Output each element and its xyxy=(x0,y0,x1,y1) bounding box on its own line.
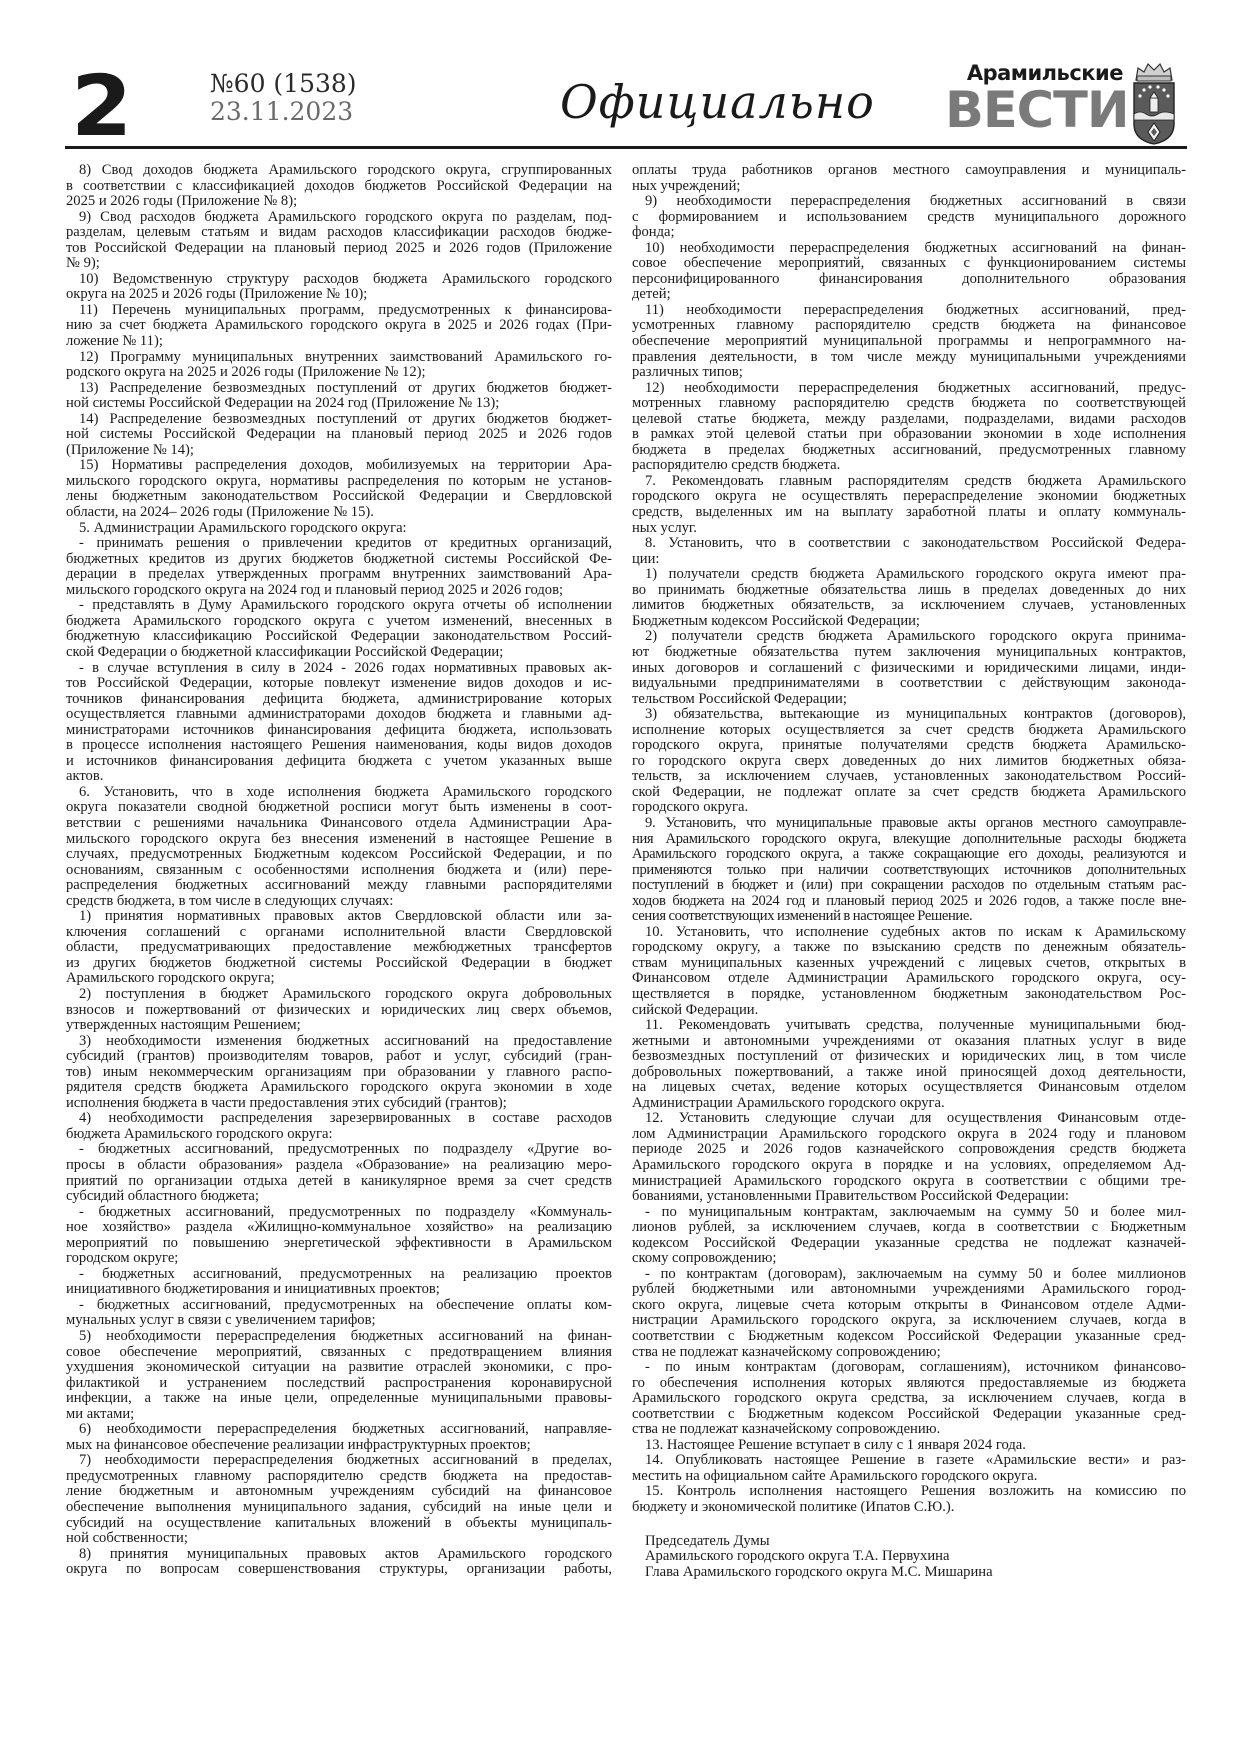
text-line: тов) иным некоммерческим организациям пр… xyxy=(66,1065,612,1081)
text-line: с формированием и использованием средств… xyxy=(632,210,1186,226)
text-line: актов. xyxy=(66,769,612,785)
text-line: министрацией Арамильского городского окр… xyxy=(632,1174,1186,1190)
text-line: нию за счет бюджета Арамильского городск… xyxy=(66,318,612,334)
paragraph: 8. Установить, что в соответствии с зако… xyxy=(632,536,1186,567)
paragraph: 8) принятия муниципальных правовых актов… xyxy=(66,1547,612,1578)
text-line: сийской Федерации. xyxy=(632,1003,1186,1019)
paragraph: 6) необходимости перераспределения бюдже… xyxy=(66,1422,612,1453)
text-line: 1) принятия нормативных правовых актов С… xyxy=(66,909,612,925)
text-line: городского округа, принятые получателями… xyxy=(632,738,1186,754)
paragraph: 9. Установить, что муниципальные правовы… xyxy=(632,816,1186,925)
text-line: различных типов; xyxy=(632,365,1186,381)
text-line: ции: xyxy=(632,552,1186,568)
text-line: ществляется в порядке, установленном бюд… xyxy=(632,987,1186,1003)
text-line: средств бюджета, в том числе в следующих… xyxy=(66,894,612,910)
text-line: 13) Распределение безвозмездных поступле… xyxy=(66,381,612,397)
text-line: совое обеспечение мероприятий, связанных… xyxy=(66,1345,612,1361)
text-line: предусмотренных главному распорядителю с… xyxy=(66,1469,612,1485)
text-line: мунальных услуг в связи с увеличением та… xyxy=(66,1313,612,1329)
text-line: нистрации Арамильского городского округа… xyxy=(632,1313,1186,1329)
text-line: 3) обязательства, вытекающие из муниципа… xyxy=(632,707,1186,723)
text-line: Бюджетным кодексом Российской Федерации; xyxy=(632,614,1186,630)
text-line: - бюджетных ассигнований, предусмотренны… xyxy=(66,1267,612,1283)
text-line: 8. Установить, что в соответствии с зако… xyxy=(632,536,1186,552)
text-line: 7) необходимости перераспределения бюдже… xyxy=(66,1453,612,1469)
text-line: в соответствии с классификацией доходов … xyxy=(66,179,612,195)
text-line: сения соответствующих изменений в настоя… xyxy=(632,909,1186,925)
text-line: мероприятий по повышению энергетической … xyxy=(66,1236,612,1252)
text-line: 14) Распределение безвозмездных поступле… xyxy=(66,412,612,428)
text-line: ской Федерации, не подлежат оплате за сч… xyxy=(632,785,1186,801)
text-line: рядителя средств бюджета Арамильского го… xyxy=(66,1080,612,1096)
paragraph: - бюджетных ассигнований, предусмотренны… xyxy=(66,1142,612,1204)
text-line: иных договоров и соглашений с физическим… xyxy=(632,661,1186,677)
text-line: 9) Свод расходов бюджета Арамильского го… xyxy=(66,210,612,226)
paragraph: - по муниципальным контрактам, заключаем… xyxy=(632,1205,1186,1267)
text-line: на лицевых счетах, ведение которых осуще… xyxy=(632,1080,1186,1096)
text-line: № 9); xyxy=(66,256,612,272)
text-line: го городского округа сверх доведенных до… xyxy=(632,754,1186,770)
paragraph: 9) Свод расходов бюджета Арамильского го… xyxy=(66,210,612,272)
text-line: 8) принятия муниципальных правовых актов… xyxy=(66,1547,612,1563)
text-line: 12. Установить следующие случаи для осущ… xyxy=(632,1111,1186,1127)
article-column-right: оплаты труда работников органов местного… xyxy=(632,163,1186,1580)
text-line: - представлять в Думу Арамильского город… xyxy=(66,598,612,614)
text-line: в процессе исполнения настоящего Решения… xyxy=(66,738,612,754)
text-line: - в случае вступления в силу в 2024 - 20… xyxy=(66,661,612,677)
text-line: распорядителю средств бюджета. xyxy=(632,458,1186,474)
issue-number: №60 (1538) xyxy=(210,70,357,98)
text-line: ния Арамильского городского округа, влек… xyxy=(632,832,1186,848)
text-line: мотренных главному распорядителю средств… xyxy=(632,396,1186,412)
text-line: исполнения бюджета в части предоставлени… xyxy=(66,1096,612,1112)
text-line: тельств, за исключением случаев, установ… xyxy=(632,769,1186,785)
text-line: ют бюджетные обязательства путем заключе… xyxy=(632,645,1186,661)
text-line: добровольных пожертвований, а также иной… xyxy=(632,1065,1186,1081)
text-line: средств, выделенных им на выплату зарабо… xyxy=(632,505,1186,521)
paragraph: 11) необходимости перераспределения бюдж… xyxy=(632,303,1186,381)
text-line: городскому округу, а также по взысканию … xyxy=(632,940,1186,956)
text-line: округа на 2025 и 2026 годы (Приложение №… xyxy=(66,287,612,303)
paragraph: 6. Установить, что в ходе исполнения бюд… xyxy=(66,785,612,909)
text-line: Финансовом отделе Администрации Арамильс… xyxy=(632,971,1186,987)
text-line: - принимать решения о привлечении кредит… xyxy=(66,536,612,552)
text-line: из других бюджетов бюджетной системы Рос… xyxy=(66,956,612,972)
text-line: жетными и автономными учреждениями от ок… xyxy=(632,1034,1186,1050)
text-line: видуальными предпринимателями в соответс… xyxy=(632,676,1186,692)
text-line: местить на официальном сайте Арамильског… xyxy=(632,1469,1186,1485)
text-line: субсидий на осуществление капитальных вл… xyxy=(66,1516,612,1532)
text-line: 13. Настоящее Решение вступает в силу с … xyxy=(632,1438,1186,1454)
masthead: 2 №60 (1538) 23.11.2023 Официально Арами… xyxy=(65,60,1187,148)
paragraph: - в случае вступления в силу в 2024 - 20… xyxy=(66,661,612,785)
paragraph: 3) обязательства, вытекающие из муниципа… xyxy=(632,707,1186,816)
text-line: усмотренных главному распорядителю средс… xyxy=(632,318,1186,334)
text-line: - по контрактам (договорам), заключаемым… xyxy=(632,1267,1186,1283)
paragraph: 10) Ведомственную структуру расходов бюд… xyxy=(66,272,612,303)
text-line: персонифицированного финансирования допо… xyxy=(632,272,1186,288)
text-line: применяются только при наличии соответст… xyxy=(632,863,1186,879)
text-line: 10) Ведомственную структуру расходов бюд… xyxy=(66,272,612,288)
text-line: тельством Российской Федерации; xyxy=(632,692,1186,708)
text-line: лимитов бюджетных обязательств, за исклю… xyxy=(632,598,1186,614)
text-line: 2) поступления в бюджет Арамильского гор… xyxy=(66,987,612,1003)
article-column-left: 8) Свод доходов бюджета Арамильского гор… xyxy=(66,163,612,1578)
text-line: дерации в пределах утвержденных программ… xyxy=(66,567,612,583)
text-line: 8) Свод доходов бюджета Арамильского гор… xyxy=(66,163,612,179)
paragraph: 11. Рекомендовать учитывать средства, по… xyxy=(632,1018,1186,1111)
text-line: ключения соглашений с органами исполните… xyxy=(66,925,612,941)
issue-info: №60 (1538) 23.11.2023 xyxy=(210,70,357,126)
text-line: городского округа не осуществлять перера… xyxy=(632,489,1186,505)
text-line: рублей бюджетными или автономными учрежд… xyxy=(632,1282,1186,1298)
paragraph: 4) необходимости распределения зарезерви… xyxy=(66,1111,612,1142)
text-line: совое обеспечение мероприятий, связанных… xyxy=(632,256,1186,272)
text-line: лом Администрации Арамильского городског… xyxy=(632,1127,1186,1143)
text-line: 12) необходимости перераспределения бюдж… xyxy=(632,381,1186,397)
text-line: оплаты труда работников органов местного… xyxy=(632,163,1186,179)
paragraph: 12) Программу муниципальных внутренних з… xyxy=(66,350,612,381)
text-line: ствам муниципальных казенных учреждений … xyxy=(632,956,1186,972)
text-line: 5. Администрации Арамильского городского… xyxy=(66,521,612,537)
text-line: приятий по организации отдыха детей в ка… xyxy=(66,1174,612,1190)
text-line: мильского городского округа на 2024 год … xyxy=(66,583,612,599)
paragraph: 10. Установить, что исполнение судебных … xyxy=(632,925,1186,1018)
text-line: ухудшения экономической ситуации на разв… xyxy=(66,1360,612,1376)
paragraph: 12. Установить следующие случаи для осущ… xyxy=(632,1111,1186,1204)
paragraph: - принимать решения о привлечении кредит… xyxy=(66,536,612,598)
newspaper-logo: Арамильские ВЕСТИ xyxy=(945,62,1125,136)
text-line: детей; xyxy=(632,287,1186,303)
paragraph: 8) Свод доходов бюджета Арамильского гор… xyxy=(66,163,612,210)
text-line: 14. Опубликовать настоящее Решение в газ… xyxy=(632,1453,1186,1469)
text-line: 5) необходимости перераспределения бюдже… xyxy=(66,1329,612,1345)
text-line: поступлений в бюджет и (или) при сокраще… xyxy=(632,878,1186,894)
text-line: просы в области образования» раздела «Об… xyxy=(66,1158,612,1174)
paragraph: 7. Рекомендовать главным распорядителям … xyxy=(632,474,1186,536)
coat-of-arms-icon xyxy=(1130,62,1178,146)
text-line: бюджетную классификацию Российской Федер… xyxy=(66,629,612,645)
text-line: - бюджетных ассигнований, предусмотренны… xyxy=(66,1142,612,1158)
paragraph: 2) поступления в бюджет Арамильского гор… xyxy=(66,987,612,1034)
text-line: округа по вопросам совершенствования стр… xyxy=(66,1562,612,1578)
text-line: мильского городского округа, нормативы р… xyxy=(66,474,612,490)
text-line: 10) необходимости перераспределения бюдж… xyxy=(632,241,1186,257)
signature-line: Глава Арамильского городского округа М.С… xyxy=(645,1565,1186,1581)
text-line: взносов и пожертвований от физических и … xyxy=(66,1003,612,1019)
text-line: - по иным контрактам (договорам, соглаше… xyxy=(632,1360,1186,1376)
text-line: обеспечение мероприятий муниципальной пр… xyxy=(632,334,1186,350)
text-line: (Приложение № 14); xyxy=(66,443,612,459)
text-line: кодексом Российской Федерации указанные … xyxy=(632,1236,1186,1252)
text-line: округа показатели сводной бюджетной росп… xyxy=(66,800,612,816)
paragraph: 3) необходимости изменения бюджетных асс… xyxy=(66,1034,612,1112)
paragraph: 9) необходимости перераспределения бюдже… xyxy=(632,194,1186,241)
text-line: 11. Рекомендовать учитывать средства, по… xyxy=(632,1018,1186,1034)
text-line: 11) необходимости перераспределения бюдж… xyxy=(632,303,1186,319)
paragraph: оплаты труда работников органов местного… xyxy=(632,163,1186,194)
text-line: бюджетных кредитов из других бюджетов бю… xyxy=(66,552,612,568)
text-line: 15) Нормативы распределения доходов, моб… xyxy=(66,458,612,474)
text-line: утвержденных настоящим Решением; xyxy=(66,1018,612,1034)
paragraph: - по контрактам (договорам), заключаемым… xyxy=(632,1267,1186,1360)
paragraph: - бюджетных ассигнований, предусмотренны… xyxy=(66,1298,612,1329)
text-line: ных учреждений; xyxy=(632,179,1186,195)
text-line: ление бюджетным и автономным учреждениям… xyxy=(66,1484,612,1500)
text-line: фонда; xyxy=(632,225,1186,241)
text-line: 9. Установить, что муниципальные правовы… xyxy=(632,816,1186,832)
paragraph: 14) Распределение безвозмездных поступле… xyxy=(66,412,612,459)
text-line: основаниям, связанным с особенностями ис… xyxy=(66,863,612,879)
text-line: обеспечение выполнения муниципального за… xyxy=(66,1500,612,1516)
text-line: ных услуг. xyxy=(632,521,1186,537)
text-line: 4) необходимости распределения зарезерви… xyxy=(66,1111,612,1127)
text-line: в рамках этой целевой статьи при образов… xyxy=(632,427,1186,443)
text-line: городского округа. xyxy=(632,800,1186,816)
text-line: - бюджетных ассигнований, предусмотренны… xyxy=(66,1205,612,1221)
text-line: бюджета в пределах бюджетных ассигновани… xyxy=(632,443,1186,459)
text-line: филактикой и устранением последствий рас… xyxy=(66,1376,612,1392)
text-line: лионов рублей, за исключением случаев, к… xyxy=(632,1220,1186,1236)
text-line: 6) необходимости перераспределения бюдже… xyxy=(66,1422,612,1438)
paragraph: - бюджетных ассигнований, предусмотренны… xyxy=(66,1205,612,1267)
paragraph: 15) Нормативы распределения доходов, моб… xyxy=(66,458,612,520)
issue-date: 23.11.2023 xyxy=(210,98,357,126)
text-line: 3) необходимости изменения бюджетных асс… xyxy=(66,1034,612,1050)
text-line: тов Российской Федерации на плановый пер… xyxy=(66,241,612,257)
header-rule xyxy=(65,146,1187,149)
text-line: во принимать бюджетные обязательства лиш… xyxy=(632,583,1186,599)
text-line: ского округа, лицевые счета которым откр… xyxy=(632,1298,1186,1314)
paragraph: 1) принятия нормативных правовых актов С… xyxy=(66,909,612,987)
text-line: инициативного бюджетирования и инициатив… xyxy=(66,1282,612,1298)
paragraph: 11) Перечень муниципальных программ, пре… xyxy=(66,303,612,350)
text-line: Администрации Арамильского городского ок… xyxy=(632,1096,1186,1112)
text-line: ства не подлежат казначейскому сопровожд… xyxy=(632,1345,1186,1361)
text-line: ное хозяйство» раздела «Жилищно-коммунал… xyxy=(66,1220,612,1236)
text-line: безвозмездных поступлений от физических … xyxy=(632,1049,1186,1065)
paragraph: - бюджетных ассигнований, предусмотренны… xyxy=(66,1267,612,1298)
text-line: 2025 и 2026 годы (Приложение № 8); xyxy=(66,194,612,210)
paragraph: 7) необходимости перераспределения бюдже… xyxy=(66,1453,612,1546)
text-line: области, предусматривающих предоставлени… xyxy=(66,940,612,956)
text-line: и источников финансирования дефицита бюд… xyxy=(66,754,612,770)
text-line: 9) необходимости перераспределения бюдже… xyxy=(632,194,1186,210)
text-line: 6. Установить, что в ходе исполнения бюд… xyxy=(66,785,612,801)
paragraph: 13. Настоящее Решение вступает в силу с … xyxy=(632,1438,1186,1454)
paragraph: 13) Распределение безвозмездных поступле… xyxy=(66,381,612,412)
paragraph: 5. Администрации Арамильского городского… xyxy=(66,521,612,537)
text-line: 11) Перечень муниципальных программ, пре… xyxy=(66,303,612,319)
text-line: ной собственности; xyxy=(66,1531,612,1547)
text-line: городском округе; xyxy=(66,1251,612,1267)
paragraph: - по иным контрактам (договорам, соглаше… xyxy=(632,1360,1186,1438)
text-line: соответствии с Бюджетным кодексом Россий… xyxy=(632,1329,1186,1345)
text-line: области, на 2024– 2026 годы (Приложение … xyxy=(66,505,612,521)
text-line: случаях, предусмотренных Бюджетным кодек… xyxy=(66,847,612,863)
text-line: точников финансирования дефицита бюджета… xyxy=(66,692,612,708)
text-line: инфекции, а также на иные цели, определе… xyxy=(66,1391,612,1407)
text-line: Арамильского городского округа, а также … xyxy=(632,847,1186,863)
text-line: целевой статье бюджета, между разделами,… xyxy=(632,412,1186,428)
paragraph: 1) получатели средств бюджета Арамильско… xyxy=(632,567,1186,629)
text-line: мильского городского округа без внесения… xyxy=(66,832,612,848)
paragraph: 2) получатели средств бюджета Арамильско… xyxy=(632,629,1186,707)
text-line: Арамильского городского округа; xyxy=(66,971,612,987)
text-line: 10. Установить, что исполнение судебных … xyxy=(632,925,1186,941)
section-title: Официально xyxy=(560,74,875,130)
text-line: ложение № 11); xyxy=(66,334,612,350)
text-line: ской Федерации о бюджетной классификации… xyxy=(66,645,612,661)
text-line: 7. Рекомендовать главным распорядителям … xyxy=(632,474,1186,490)
paragraph: 14. Опубликовать настоящее Решение в газ… xyxy=(632,1453,1186,1484)
text-line: ной системы Российской Федерации на план… xyxy=(66,427,612,443)
text-line: субсидий областного бюджета; xyxy=(66,1189,612,1205)
text-line: 15. Контроль исполнения настоящего Решен… xyxy=(632,1484,1186,1500)
text-line: 1) получатели средств бюджета Арамильско… xyxy=(632,567,1186,583)
text-line: - по муниципальным контрактам, заключаем… xyxy=(632,1205,1186,1221)
signature-block: Председатель ДумыАрамильского городского… xyxy=(632,1534,1186,1581)
text-line: родского округа на 2025 и 2026 годы (При… xyxy=(66,365,612,381)
text-line: периоде 2025 и 2026 годов казначейского … xyxy=(632,1142,1186,1158)
paragraph: 15. Контроль исполнения настоящего Решен… xyxy=(632,1484,1186,1515)
text-line: лены бюджетным законодательством Российс… xyxy=(66,489,612,505)
paragraph: - представлять в Думу Арамильского город… xyxy=(66,598,612,660)
text-line: правления деятельности, в том числе межд… xyxy=(632,350,1186,366)
text-line: Арамильского городского округа в порядке… xyxy=(632,1158,1186,1174)
text-line: - бюджетных ассигнований, предусмотренны… xyxy=(66,1298,612,1314)
text-line: скому сопровождению; xyxy=(632,1251,1186,1267)
paragraph: 12) необходимости перераспределения бюдж… xyxy=(632,381,1186,474)
text-line: ветствии с решениями начальника Финансов… xyxy=(66,816,612,832)
text-line: Арамильского городского округа средства,… xyxy=(632,1391,1186,1407)
text-line: ходов бюджета на 2024 год и плановый пер… xyxy=(632,894,1186,910)
newspaper-logo-main: ВЕСТИ xyxy=(945,84,1129,136)
text-line: субсидий (грантов) производителям товаро… xyxy=(66,1049,612,1065)
text-line: мых на финансовое обеспечение реализации… xyxy=(66,1438,612,1454)
signature-line: Арамильского городского округа Т.А. Перв… xyxy=(645,1549,1186,1565)
text-line: 12) Программу муниципальных внутренних з… xyxy=(66,350,612,366)
text-line: ной системы Российской Федерации на 2024… xyxy=(66,396,612,412)
text-line: тов Российской Федерации, которые повлек… xyxy=(66,676,612,692)
text-line: осуществляется главными администраторами… xyxy=(66,707,612,723)
text-line: бюджета Арамильского городского округа: xyxy=(66,1127,612,1143)
text-line: ми актами; xyxy=(66,1407,612,1423)
text-line: го обеспечения исполнения которых являют… xyxy=(632,1376,1186,1392)
text-line: министраторами источников финансирования… xyxy=(66,723,612,739)
text-line: соответствии с Бюджетным кодексом Россий… xyxy=(632,1407,1186,1423)
paragraph: 10) необходимости перераспределения бюдж… xyxy=(632,241,1186,303)
text-line: бюджету и экономической политике (Ипатов… xyxy=(632,1500,1186,1516)
paragraph: 5) необходимости перераспределения бюдже… xyxy=(66,1329,612,1422)
page-number: 2 xyxy=(71,64,130,148)
text-line: бюджета Арамильского городского округа с… xyxy=(66,614,612,630)
text-line: 2) получатели средств бюджета Арамильско… xyxy=(632,629,1186,645)
text-line: бованиями, установленными Правительством… xyxy=(632,1189,1186,1205)
text-line: разделам, целевым статьям и видам расход… xyxy=(66,225,612,241)
text-line: ства не подлежат казначейскому сопровожд… xyxy=(632,1422,1186,1438)
signature-line: Председатель Думы xyxy=(645,1534,1186,1550)
text-line: распределения бюджетных ассигнований меж… xyxy=(66,878,612,894)
text-line: исполнение которых осуществляется за сче… xyxy=(632,723,1186,739)
